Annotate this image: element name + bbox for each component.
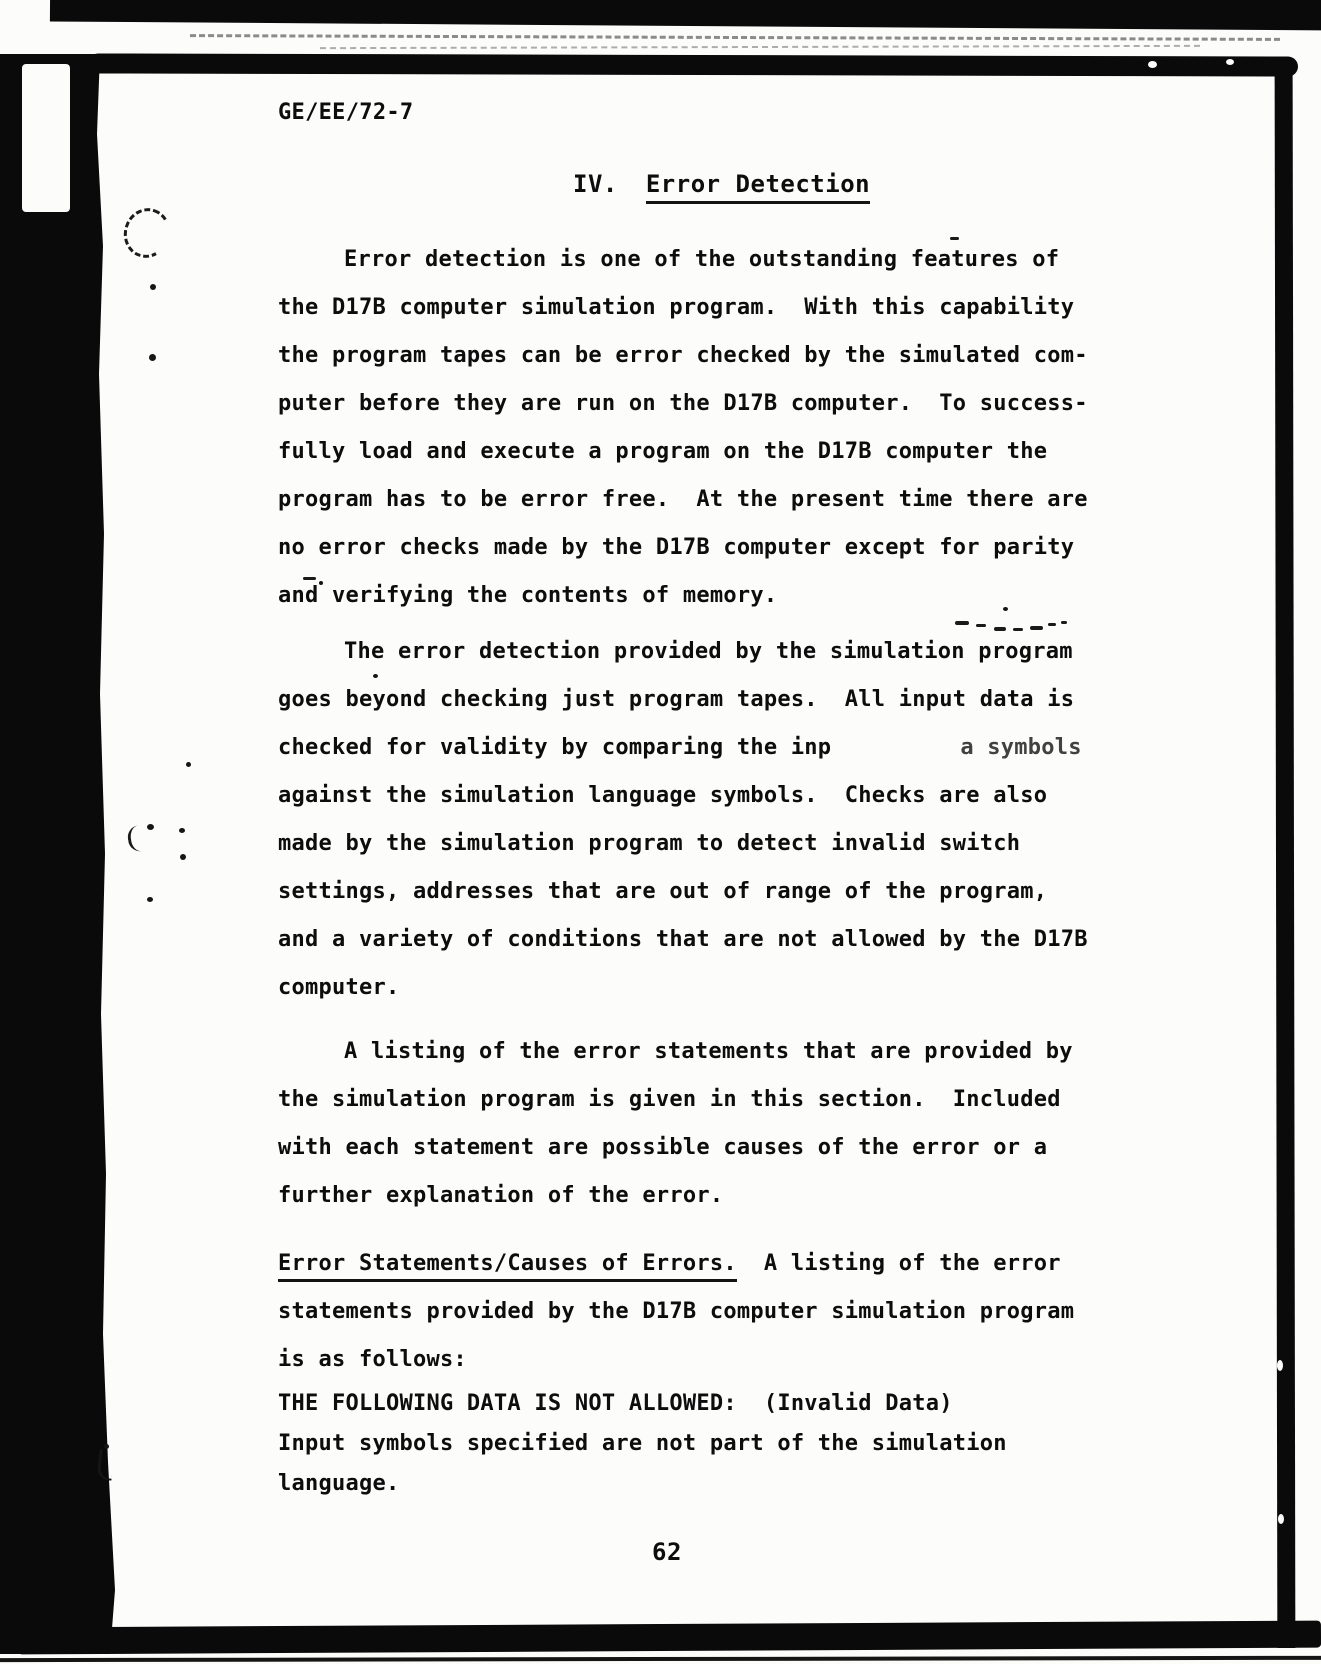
text-line-faded: checked for validity by comparing the in…: [278, 724, 1088, 772]
faded-text-segment: a symbols: [960, 735, 1081, 760]
scan-noise-strip: [190, 34, 1280, 41]
smudge-dash: [955, 621, 969, 625]
stray-dot: [180, 854, 186, 860]
text-line: no error checks made by the D17B compute…: [278, 524, 1088, 572]
text-line: goes beyond checking just program tapes.…: [278, 676, 1088, 724]
section-title-line: IV.Error Detection: [573, 170, 870, 198]
text-line: made by the simulation program to detect…: [278, 820, 1088, 868]
error-message-block: THE FOLLOWING DATA IS NOT ALLOWED: (Inva…: [278, 1384, 1007, 1504]
text-line: is as follows:: [278, 1336, 1074, 1384]
scan-top-border: [50, 0, 1321, 31]
stray-dot: [186, 762, 191, 767]
document-id: GE/EE/72-7: [278, 100, 413, 125]
paragraph-2: The error detection provided by the simu…: [278, 628, 1088, 1012]
text-line: Error detection is one of the outstandin…: [278, 236, 1088, 284]
text-segment: A listing of the error: [737, 1251, 1061, 1276]
text-line: against the simulation language symbols.…: [278, 772, 1088, 820]
text-line: with each statement are possible causes …: [278, 1124, 1073, 1172]
text-segment: checked for validity by comparing the in…: [278, 735, 831, 760]
scan-right-border: [1275, 72, 1296, 1648]
scan-left-border-gap: [22, 64, 70, 212]
text-line: The error detection provided by the simu…: [278, 628, 1088, 676]
scan-left-border: [0, 54, 118, 1654]
scan-top-edge-line: [88, 53, 1298, 76]
error-cause: Input symbols specified are not part of …: [278, 1424, 1007, 1464]
text-line: the program tapes can be error checked b…: [278, 332, 1088, 380]
text-line: further explanation of the error.: [278, 1172, 1073, 1220]
text-line: settings, addresses that are out of rang…: [278, 868, 1088, 916]
text-line: fully load and execute a program on the …: [278, 428, 1088, 476]
error-statements-section: Error Statements/Causes of Errors. A lis…: [278, 1240, 1074, 1384]
scan-noise-strip: [320, 45, 1200, 49]
text-line: the simulation program is given in this …: [278, 1076, 1073, 1124]
error-cause: language.: [278, 1464, 1007, 1504]
scan-speck: [1278, 1514, 1284, 1524]
section-heading: Error Statements/Causes of Errors.: [278, 1251, 737, 1282]
scan-speck: [1226, 59, 1234, 65]
text-line: program has to be error free. At the pre…: [278, 476, 1088, 524]
paragraph-3: A listing of the error statements that a…: [278, 1028, 1073, 1220]
text-line: and a variety of conditions that are not…: [278, 916, 1088, 964]
paragraph-1: Error detection is one of the outstandin…: [278, 236, 1088, 620]
stray-dot: [147, 824, 154, 830]
stray-dot: [147, 897, 153, 902]
stray-paren-mark: [126, 825, 142, 853]
stray-dot: [149, 354, 156, 361]
text-line: and verifying the contents of memory.: [278, 572, 1088, 620]
stray-dot: [104, 1444, 109, 1449]
section-number: IV.: [573, 170, 618, 198]
stray-dot: [179, 828, 185, 833]
stray-circle-mark: [117, 202, 176, 264]
smudge-dash: [1061, 621, 1067, 624]
text-line: puter before they are run on the D17B co…: [278, 380, 1088, 428]
smudge-dash: [976, 624, 986, 627]
text-line: the D17B computer simulation program. Wi…: [278, 284, 1088, 332]
section-heading-line: Error Statements/Causes of Errors. A lis…: [278, 1240, 1074, 1288]
text-line: computer.: [278, 964, 1088, 1012]
page-number: 62: [652, 1538, 682, 1566]
stray-dot: [150, 284, 156, 290]
section-title: Error Detection: [646, 170, 870, 204]
text-line: statements provided by the D17B computer…: [278, 1288, 1074, 1336]
scan-bottom-border: [18, 1621, 1321, 1655]
text-line: A listing of the error statements that a…: [278, 1028, 1073, 1076]
smudge-dash: [1048, 623, 1056, 626]
scan-bottom-edge-line: [0, 1656, 1321, 1662]
scan-speck: [1277, 1360, 1283, 1371]
scan-speck: [1148, 61, 1157, 68]
error-statement: THE FOLLOWING DATA IS NOT ALLOWED: (Inva…: [278, 1384, 1007, 1424]
scanned-document-page: GE/EE/72-7 IV.Error Detection Error dete…: [0, 0, 1321, 1664]
